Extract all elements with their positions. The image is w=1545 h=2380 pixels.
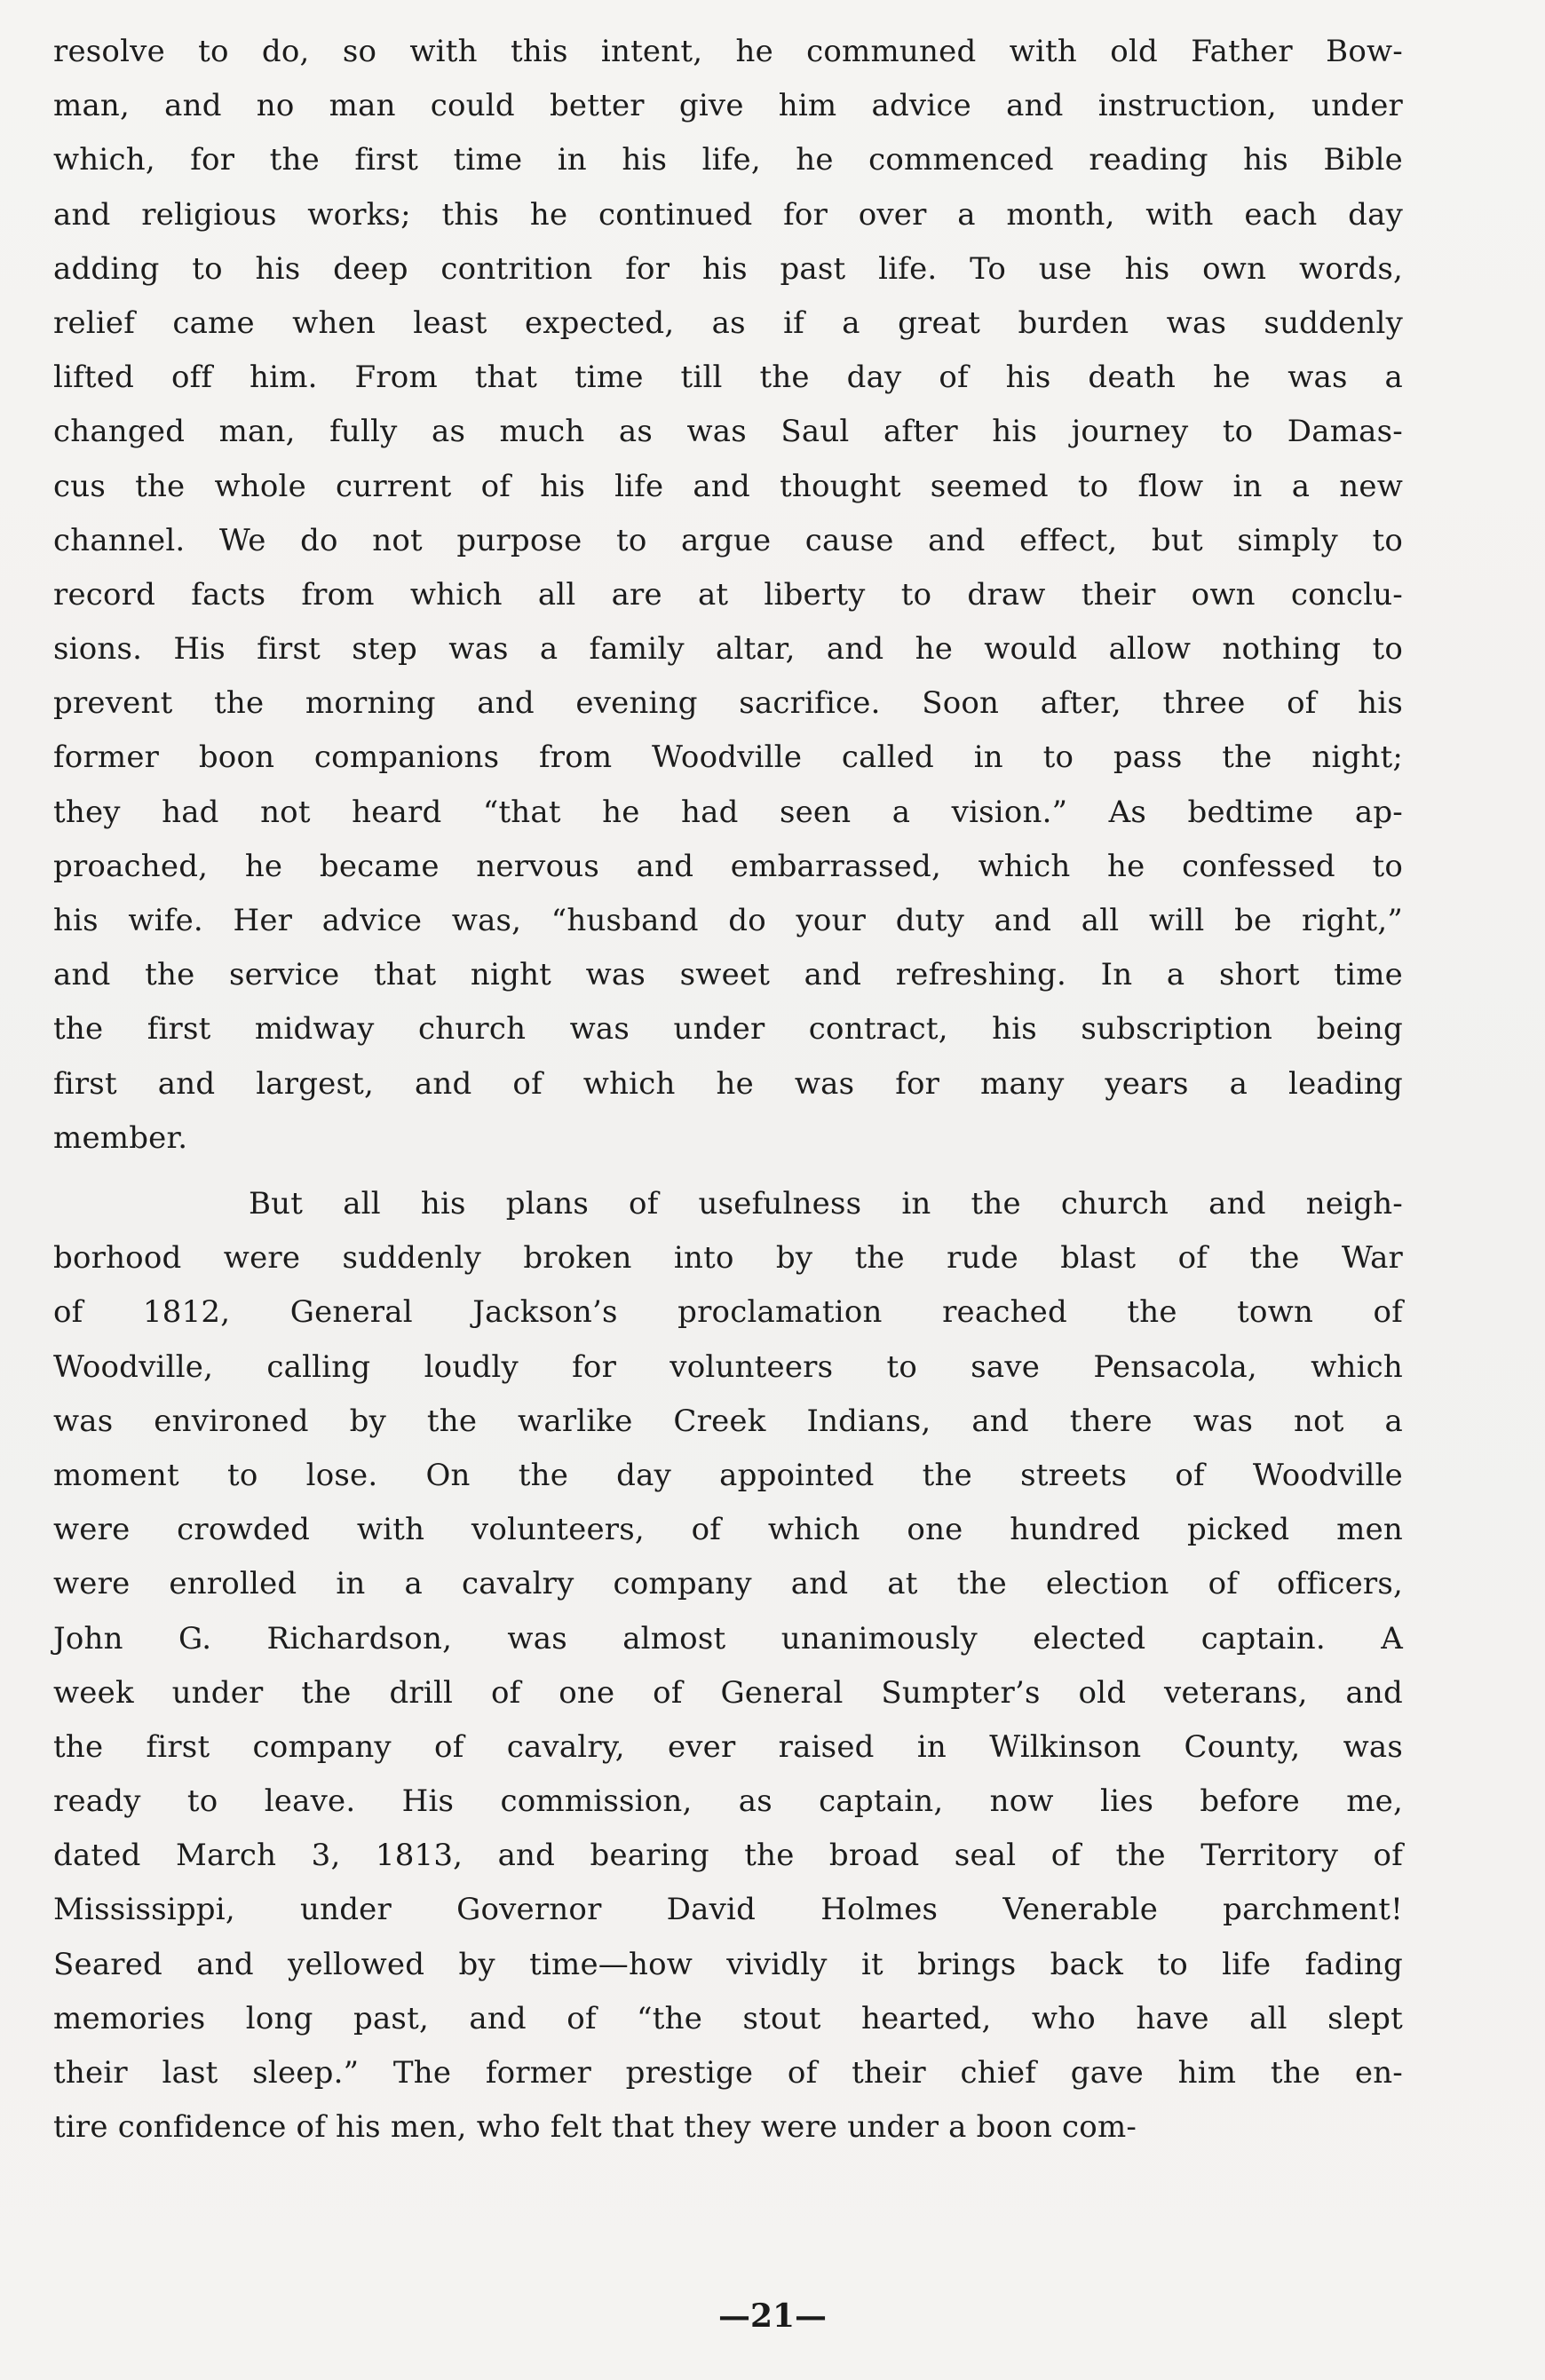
text-line: which, for the first time in his life, h…	[53, 133, 1403, 187]
text-line: was environed by the warlike Creek India…	[53, 1395, 1403, 1449]
text-line: tire confidence of his men, who felt tha…	[53, 2100, 1403, 2155]
scanned-page: resolve to do, so with this intent, he c…	[0, 0, 1545, 2380]
text-line: they had not heard “that he had seen a v…	[53, 786, 1403, 840]
text-line: prevent the morning and evening sacrific…	[53, 676, 1403, 731]
text-line: channel. We do not purpose to argue caus…	[53, 514, 1403, 568]
text-line: member.	[53, 1111, 1403, 1166]
page-number: —21—	[0, 2297, 1545, 2335]
text-line: his wife. Her advice was, “husband do yo…	[53, 894, 1403, 948]
text-line: John G. Richardson, was almost unanimous…	[53, 1612, 1403, 1666]
text-line: But all his plans of usefulness in the c…	[53, 1177, 1403, 1231]
text-line: their last sleep.” The former prestige o…	[53, 2046, 1403, 2100]
text-line: proached, he became nervous and embarras…	[53, 840, 1403, 894]
text-line: and religious works; this he continued f…	[53, 188, 1403, 242]
text-line: the first company of cavalry, ever raise…	[53, 1720, 1403, 1775]
text-line: former boon companions from Woodville ca…	[53, 731, 1403, 785]
text-line: dated March 3, 1813, and bearing the bro…	[53, 1829, 1403, 1883]
text-line: moment to lose. On the day appointed the…	[53, 1449, 1403, 1503]
text-line: man, and no man could better give him ad…	[53, 79, 1403, 133]
text-line: memories long past, and of “the stout he…	[53, 1992, 1403, 2046]
text-line: week under the drill of one of General S…	[53, 1666, 1403, 1720]
text-line: Mississippi, under Governor David Holmes…	[53, 1883, 1403, 1937]
text-line: were crowded with volunteers, of which o…	[53, 1503, 1403, 1557]
text-line: of 1812, General Jackson’s proclamation …	[53, 1285, 1403, 1340]
text-line: adding to his deep contrition for his pa…	[53, 242, 1403, 297]
text-line: relief came when least expected, as if a…	[53, 297, 1403, 351]
text-line: changed man, fully as much as was Saul a…	[53, 405, 1403, 459]
text-line: resolve to do, so with this intent, he c…	[53, 25, 1403, 79]
text-line: were enrolled in a cavalry company and a…	[53, 1557, 1403, 1611]
text-line: borhood were suddenly broken into by the…	[53, 1231, 1403, 1285]
text-line: first and largest, and of which he was f…	[53, 1057, 1403, 1111]
text-line: and the service that night was sweet and…	[53, 948, 1403, 1002]
text-line: the first midway church was under contra…	[53, 1002, 1403, 1056]
text-line: sions. His first step was a family altar…	[53, 622, 1403, 676]
text-line: record facts from which all are at liber…	[53, 568, 1403, 622]
text-line: Woodville, calling loudly for volunteers…	[53, 1340, 1403, 1395]
paragraph-2: But all his plans of usefulness in the c…	[53, 1177, 1403, 2155]
text-line: ready to leave. His commission, as capta…	[53, 1775, 1403, 1829]
text-line: cus the whole current of his life and th…	[53, 460, 1403, 514]
paragraph-1: resolve to do, so with this intent, he c…	[53, 25, 1403, 1166]
text-line: Seared and yellowed by time—how vividly …	[53, 1938, 1403, 1992]
text-line: lifted off him. From that time till the …	[53, 351, 1403, 405]
